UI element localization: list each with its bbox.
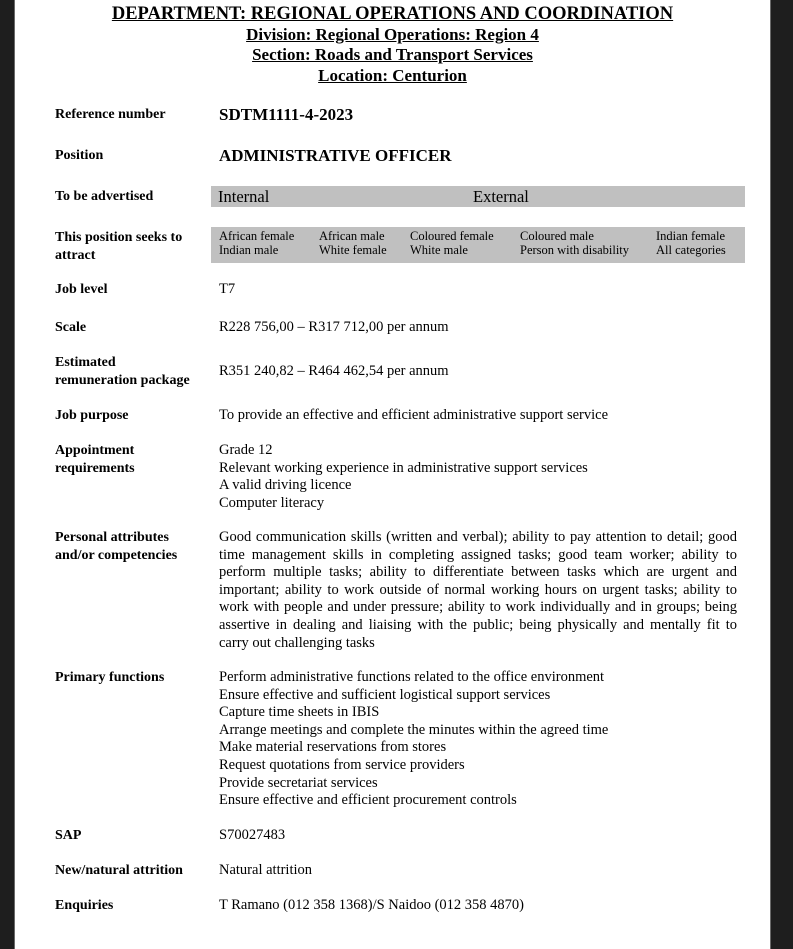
reference-number-label: Reference number [55,106,166,124]
primary-functions-list: Perform administrative functions related… [219,669,608,810]
right-window-border [770,0,793,949]
attract-category: Indian female [656,229,726,243]
attract-category: All categories [656,243,726,257]
advertised-external: External [473,187,529,207]
personal-attributes-label-line2: and/or competencies [55,547,177,565]
job-level-label: Job level [55,281,108,299]
attract-category-column: African female Indian male [219,229,294,257]
remuneration-label: Estimated remuneration package [55,354,190,389]
function-item: Arrange meetings and complete the minute… [219,722,608,740]
attract-label: This position seeks to attract [55,229,182,264]
function-item: Make material reservations from stores [219,739,608,757]
attract-category-column: Indian female All categories [656,229,726,257]
advertised-internal: Internal [218,187,269,207]
position-value: ADMINISTRATIVE OFFICER [219,147,452,165]
attract-category: Coloured male [520,229,629,243]
scale-label: Scale [55,319,86,337]
sap-value: S70027483 [219,827,285,845]
attract-category-column: African male White female [319,229,387,257]
department-heading: DEPARTMENT: REGIONAL OPERATIONS AND COOR… [15,4,770,25]
appointment-requirements-label-line2: requirements [55,460,135,478]
position-label: Position [55,147,103,165]
function-item: Ensure effective and efficient procureme… [219,792,608,810]
requirement-item: Computer literacy [219,495,588,513]
enquiries-label: Enquiries [55,897,113,915]
document-page: DEPARTMENT: REGIONAL OPERATIONS AND COOR… [15,0,770,949]
attract-category: White male [410,243,494,257]
division-heading: Division: Regional Operations: Region 4 [15,25,770,45]
attract-category: White female [319,243,387,257]
advertised-options-box: Internal External [211,186,745,207]
attrition-label: New/natural attrition [55,862,183,880]
attract-category: Coloured female [410,229,494,243]
remuneration-label-line2: remuneration package [55,372,190,390]
personal-attributes-value: Good communication skills (written and v… [219,529,737,652]
job-purpose-label: Job purpose [55,407,129,425]
location-heading: Location: Centurion [15,66,770,86]
personal-attributes-label: Personal attributes and/or competencies [55,529,177,564]
scale-value: R228 756,00 – R317 712,00 per annum [219,319,449,337]
function-item: Capture time sheets in IBIS [219,704,608,722]
function-item: Provide secretariat services [219,775,608,793]
advertised-label: To be advertised [55,188,153,206]
reference-number-value: SDTM1111-4-2023 [219,106,353,124]
primary-functions-label: Primary functions [55,669,164,687]
attract-label-line2: attract [55,247,182,265]
attract-category: Person with disability [520,243,629,257]
appointment-requirements-label-line1: Appointment [55,442,135,460]
remuneration-value: R351 240,82 – R464 462,54 per annum [219,363,449,381]
attract-category: Indian male [219,243,294,257]
left-window-border [0,0,15,949]
job-purpose-value: To provide an effective and efficient ad… [219,407,608,425]
requirement-item: A valid driving licence [219,477,588,495]
attract-category: African female [219,229,294,243]
function-item: Ensure effective and sufficient logistic… [219,687,608,705]
section-heading: Section: Roads and Transport Services [15,45,770,65]
function-item: Perform administrative functions related… [219,669,608,687]
attrition-value: Natural attrition [219,862,312,880]
job-level-value: T7 [219,281,235,299]
function-item: Request quotations from service provider… [219,757,608,775]
sap-label: SAP [55,827,81,845]
personal-attributes-label-line1: Personal attributes [55,529,177,547]
requirement-item: Grade 12 [219,442,588,460]
attract-category-column: Coloured female White male [410,229,494,257]
enquiries-value: T Ramano (012 358 1368)/S Naidoo (012 35… [219,897,524,915]
requirement-item: Relevant working experience in administr… [219,460,588,478]
appointment-requirements-label: Appointment requirements [55,442,135,477]
attract-categories-box: African female Indian male African male … [211,227,745,263]
attract-category-column: Coloured male Person with disability [520,229,629,257]
attract-label-line1: This position seeks to [55,229,182,247]
attract-category: African male [319,229,387,243]
appointment-requirements-list: Grade 12 Relevant working experience in … [219,442,588,512]
remuneration-label-line1: Estimated [55,354,190,372]
